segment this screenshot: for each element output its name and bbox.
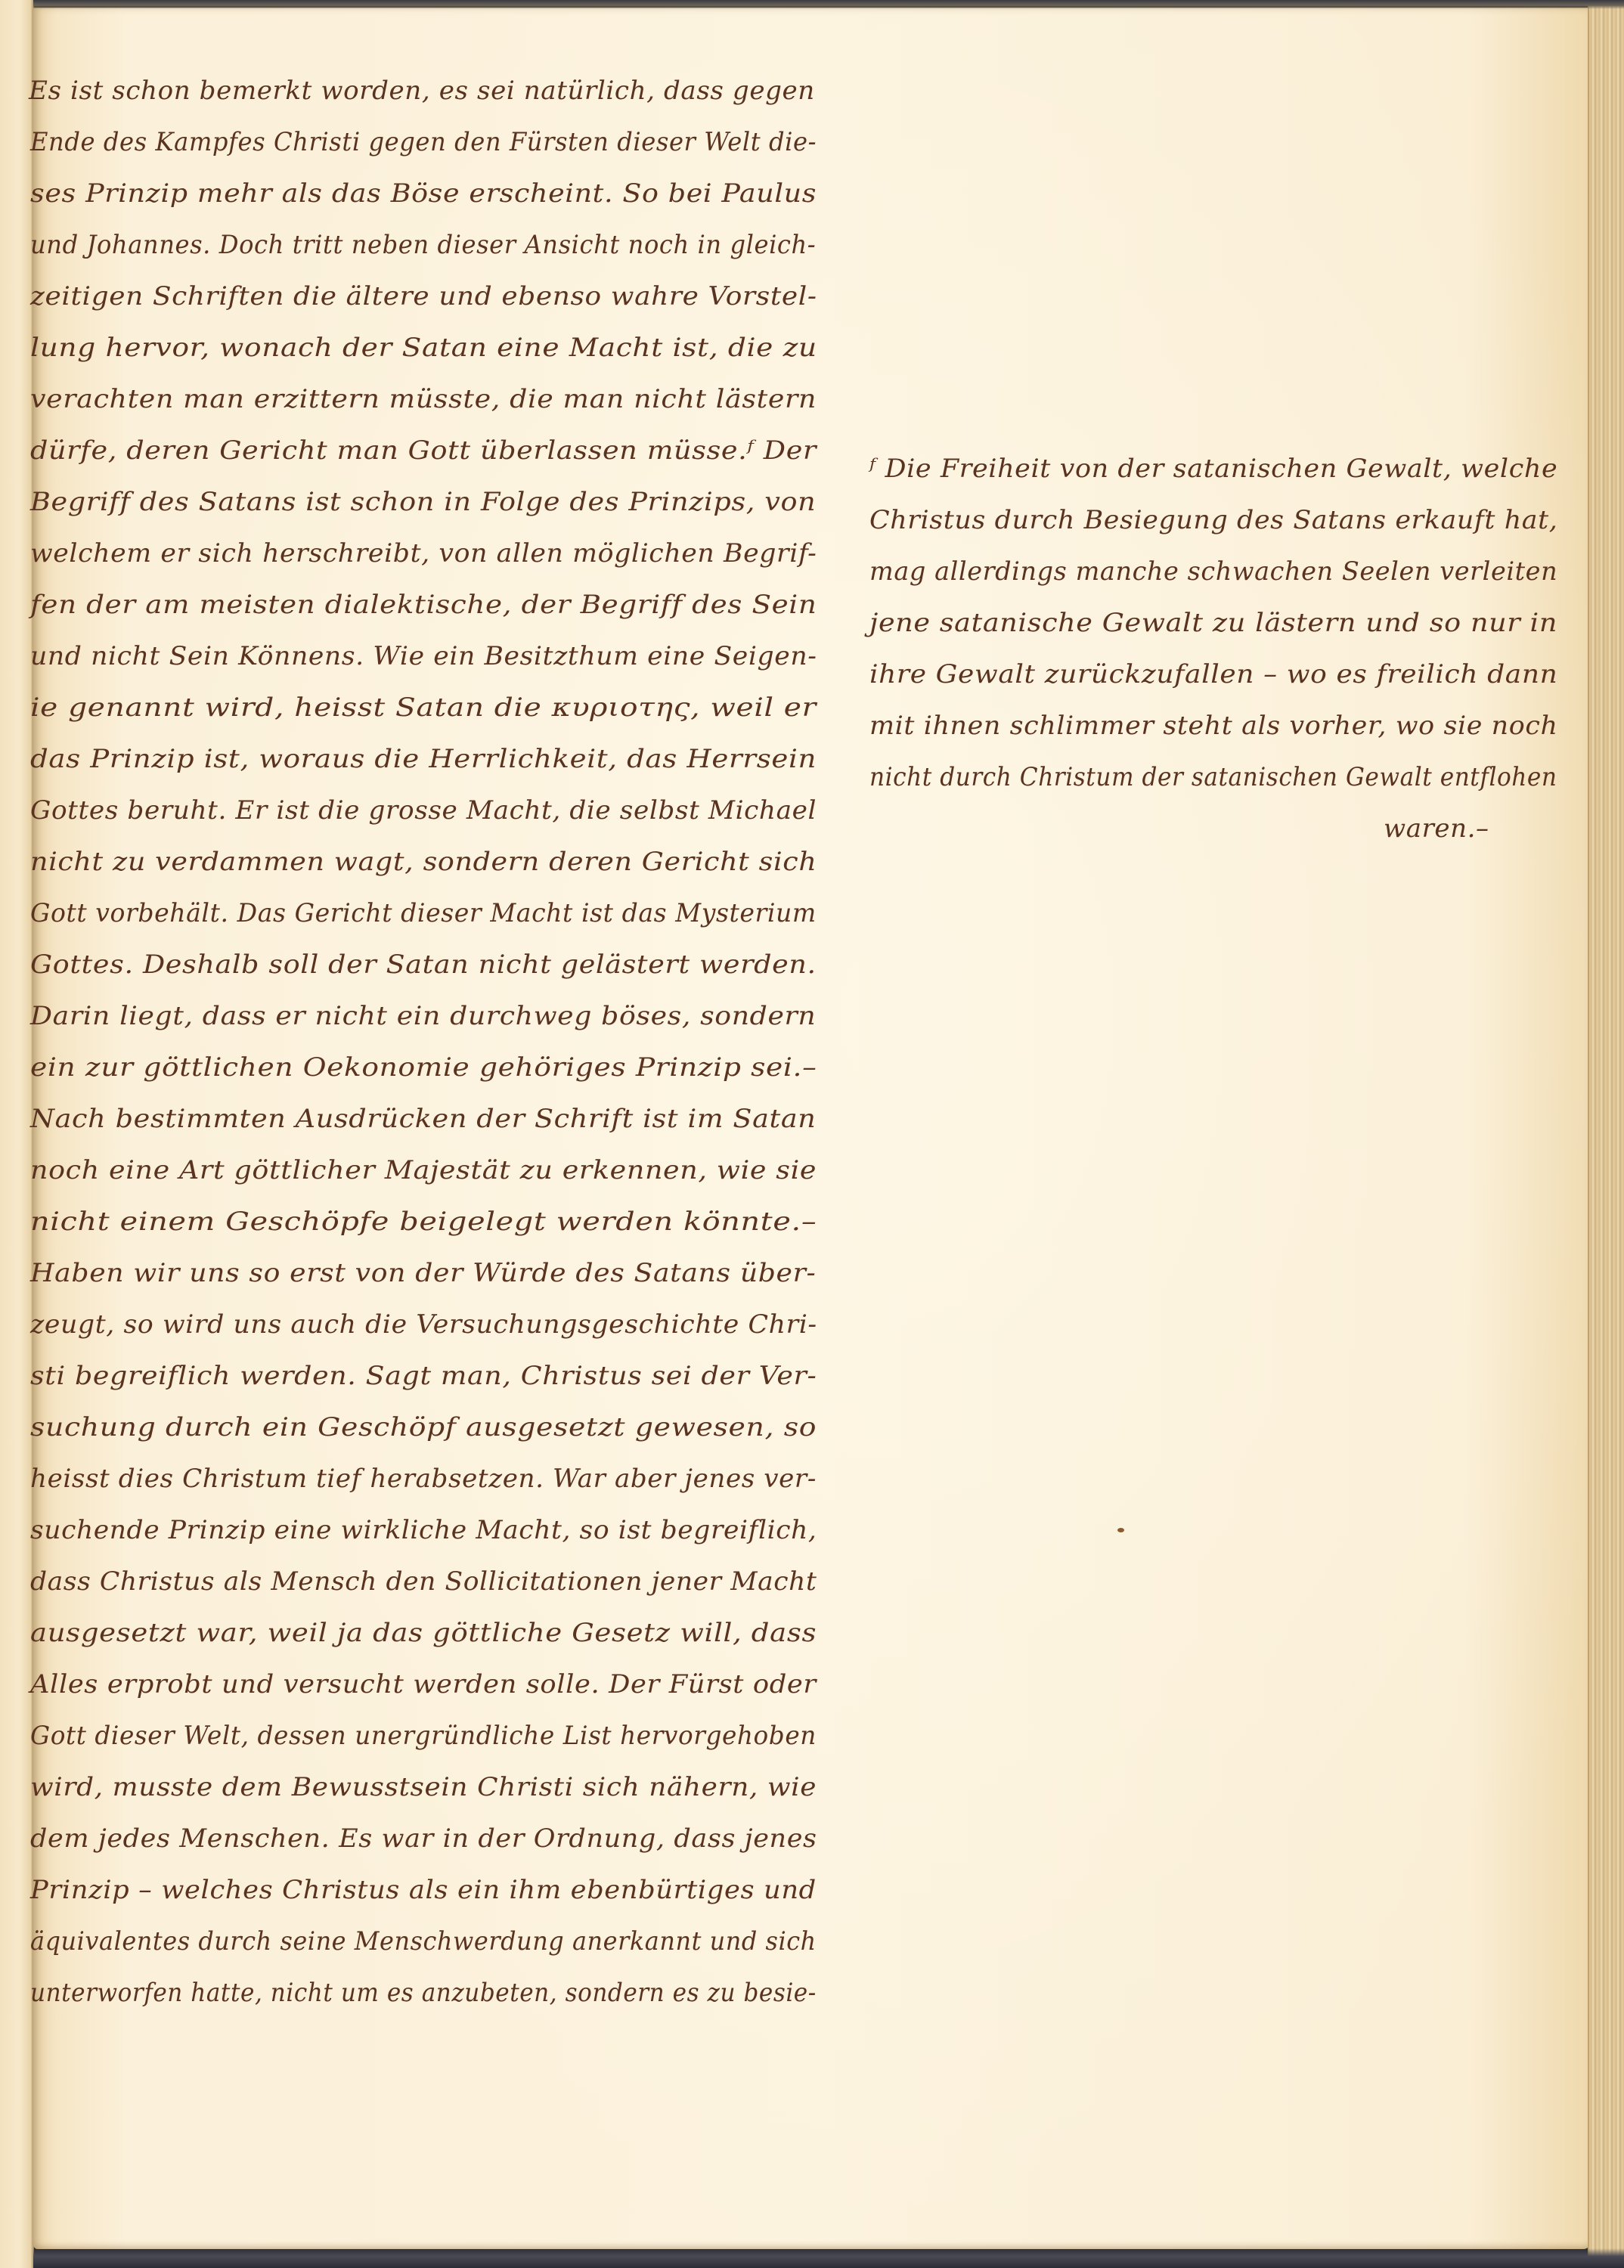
text-line: verachten man erzittern müsste, die man … [30,384,817,414]
text-line: Gottes beruht. Er ist die grosse Macht, … [30,795,817,826]
ink-blot [1117,1528,1124,1532]
text-line: suchende Prinzip eine wirkliche Macht, s… [30,1515,817,1545]
footnote-line: Christus durch Besiegung des Satans erka… [869,505,1557,535]
footnote-line: mag allerdings manche schwachen Seelen v… [869,556,1557,587]
text-line: welchem er sich herschreibt, von allen m… [30,538,817,569]
text-line: zeugt, so wird uns auch die Versuchungsg… [30,1309,817,1340]
footnote-line: nicht durch Christum der satanischen Gew… [869,762,1557,792]
text-line: suchung durch ein Geschöpf ausgesetzt ge… [30,1412,817,1442]
text-line: Haben wir uns so erst von der Würde des … [30,1258,816,1288]
text-line: und nicht Sein Könnens. Wie ein Besitzth… [30,641,817,671]
text-line: äquivalentes durch seine Menschwerdung a… [30,1926,817,1957]
text-line: Gottes. Deshalb soll der Satan nicht gel… [30,950,817,980]
text-line: nicht einem Geschöpfe beigelegt werden k… [30,1207,817,1237]
facing-page-edge [0,0,34,2268]
text-line: Es ist schon bemerkt worden, es sei natü… [29,76,815,106]
text-line: nicht zu verdammen wagt, sondern deren G… [30,847,817,877]
footnote-line: ᶠ Die Freiheit von der satanischen Gewal… [869,454,1557,484]
footnote-line: mit ihnen schlimmer steht als vorher, wo… [869,711,1558,741]
text-line: Darin liegt, dass er nicht ein durchweg … [30,1001,816,1031]
text-line: sti begreiflich werden. Sagt man, Christ… [30,1361,817,1391]
footnote-line: jene satanische Gewalt zu lästern und so… [869,608,1557,638]
text-line: dürfe, deren Gericht man Gott überlassen… [30,435,817,466]
text-line: Nach bestimmten Ausdrücken der Schrift i… [30,1104,816,1134]
text-line: ausgesetzt war, weil ja das göttliche Ge… [30,1618,817,1648]
text-line: heisst dies Christum tief herabsetzen. W… [30,1464,817,1494]
text-line: wird, musste dem Bewusstsein Christi sic… [30,1772,817,1802]
footnote-line: waren.– [1384,813,1489,844]
footnote-line: ihre Gewalt zurückzufallen – wo es freil… [869,659,1557,689]
text-line: Alles erprobt und versucht werden solle.… [30,1669,817,1699]
text-line: dass Christus als Mensch den Sollicitati… [30,1566,817,1597]
text-line: noch eine Art göttlicher Majestät zu erk… [30,1155,817,1185]
binding-shadow-top [33,0,1624,9]
text-line: Gott dieser Welt, dessen unergründliche … [30,1721,817,1751]
binding-shadow-bottom [33,2248,1624,2268]
text-line: lung hervor, wonach der Satan eine Macht… [30,333,817,363]
text-line: das Prinzip ist, woraus die Herrlichkeit… [30,744,817,774]
page-stack-edge [1588,0,1624,2257]
text-line: fen der am meisten dialektische, der Beg… [30,590,817,620]
text-line: dem jedes Menschen. Es war in der Ordnun… [30,1823,817,1854]
text-line: ie genannt wird, heisst Satan die κυριοτ… [30,692,817,723]
text-line: Begriff des Satans ist schon in Folge de… [30,487,816,517]
text-line: ein zur göttlichen Oekonomie gehöriges P… [30,1052,817,1083]
text-line: ses Prinzip mehr als das Böse erscheint.… [30,178,817,209]
text-line: und Johannes. Doch tritt neben dieser An… [30,230,816,260]
text-line: zeitigen Schriften die ältere und ebenso… [30,281,817,311]
text-line: Prinzip – welches Christus als ein ihm e… [30,1875,817,1905]
text-line: Ende des Kampfes Christi gegen den Fürst… [30,127,817,157]
text-line: Gott vorbehält. Das Gericht dieser Macht… [30,898,817,928]
manuscript-scan: Es ist schon bemerkt worden, es sei natü… [0,0,1624,2268]
text-line: unterworfen hatte, nicht um es anzubeten… [30,1978,817,2008]
